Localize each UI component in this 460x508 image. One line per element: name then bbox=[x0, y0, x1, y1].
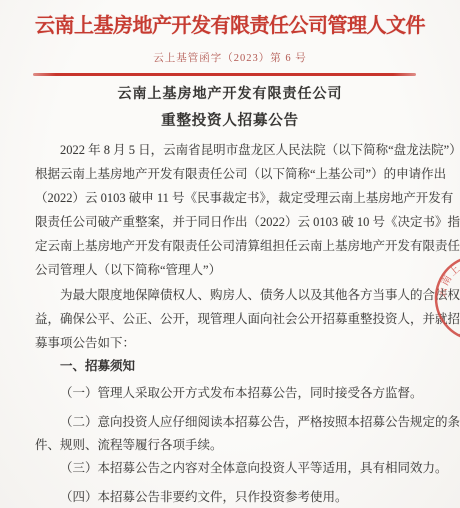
notice-item-1: （一）管理人采取公开方式发布本招募公告，同时接受各方监督。 bbox=[35, 382, 425, 405]
official-seal: 云南上基房地产开发有限责任公司 bbox=[433, 253, 460, 343]
intro-paragraph: 2022 年 8 月 5 日，云南省昆明市盘龙区人民法院（以下简称“盘龙法院”）… bbox=[35, 138, 425, 282]
notice-item-2: （二）意向投资人应仔细阅读本招募公告，严格按照本招募公告规定的条 件、规则、流程… bbox=[35, 411, 425, 457]
text-line: 2022 年 8 月 5 日，云南省昆明市盘龙区人民法院（以下简称“盘龙法院”） bbox=[35, 138, 425, 162]
announcement-title-subject: 重整投资人招募公告 bbox=[35, 112, 425, 131]
text-line: 公司管理人（以下简称“管理人”） bbox=[35, 258, 425, 282]
document-header-title: 云南上基房地产开发有限责任公司管理人文件 bbox=[0, 13, 460, 40]
document-page: 云南上基房地产开发有限责任公司管理人文件 云上基管函字（2023）第 6 号 云… bbox=[0, 0, 460, 508]
announcement-title-company: 云南上基房地产开发有限责任公司 bbox=[35, 86, 425, 104]
document-body: 云南上基房地产开发有限责任公司 重整投资人招募公告 2022 年 8 月 5 日… bbox=[35, 86, 425, 508]
text-line: 根据云南上基房地产开发有限责任公司（以下简称“上基公司”）的申请作出 bbox=[35, 162, 425, 186]
text-line: （三）本招募公告之内容对全体意向投资人平等适用，具有相同效力。 bbox=[35, 457, 425, 480]
text-line: （一）管理人采取公开方式发布本招募公告，同时接受各方监督。 bbox=[35, 382, 425, 405]
text-line: 限责任公司破产重整案，并于同日作出（2022）云 0103 破 10 号《决定书… bbox=[35, 210, 425, 234]
text-line: 件、规则、流程等履行各项手续。 bbox=[35, 434, 425, 457]
text-line: （2022）云 0103 破申 11 号《民事裁定书》，裁定受理云南上基房地产开… bbox=[35, 186, 425, 210]
text-line: 募事项公告如下： bbox=[35, 331, 425, 355]
text-line: 为最大限度地保障债权人、购房人、债务人以及其他各方当事人的合法权 bbox=[35, 283, 425, 307]
text-line: （二）意向投资人应仔细阅读本招募公告，严格按照本招募公告规定的条 bbox=[35, 411, 425, 434]
document-number: 云上基管函字（2023）第 6 号 bbox=[0, 52, 460, 66]
notice-item-4: （四）本招募公告非要约文件，只作投资参考使用。 bbox=[35, 486, 425, 508]
text-line: 定云南上基房地产开发有限责任公司清算组担任云南上基房地产开发有限责任 bbox=[35, 234, 425, 258]
notice-item-3: （三）本招募公告之内容对全体意向投资人平等适用，具有相同效力。 bbox=[35, 457, 425, 480]
text-line: 益，确保公平、公正、公开，现管理人面向社会公开招募重整投资人，并就招 bbox=[35, 307, 425, 331]
section-heading-recruitment-notice: 一、招募须知 bbox=[35, 355, 425, 377]
text-line: （四）本招募公告非要约文件，只作投资参考使用。 bbox=[35, 486, 425, 508]
purpose-paragraph: 为最大限度地保障债权人、购房人、债务人以及其他各方当事人的合法权 益，确保公平、… bbox=[35, 283, 425, 355]
header-divider-line bbox=[33, 73, 416, 76]
